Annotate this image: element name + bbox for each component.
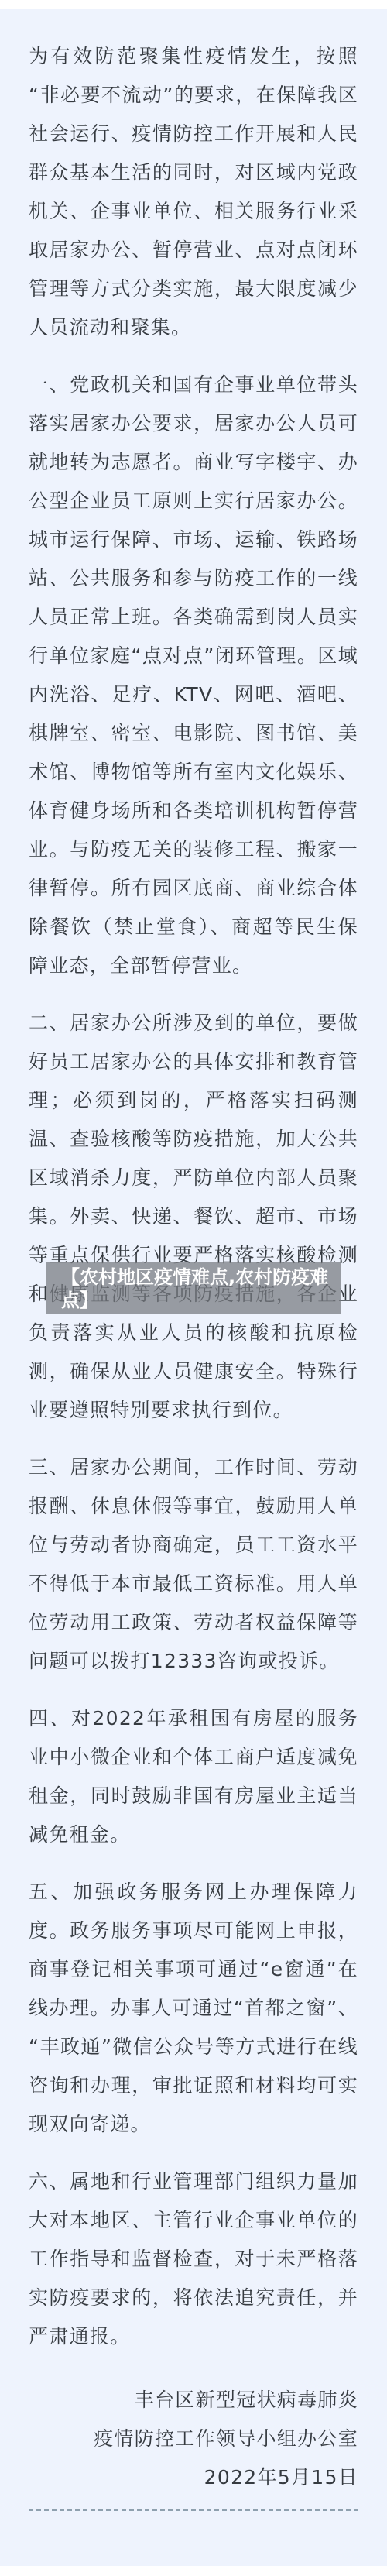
text-line: 报酬、休息休假等事宜，鼓励用人单 [29,1487,358,1526]
caption-overlay-text: 【农村地区疫情难点,农村防疫难点】 [61,1266,332,1312]
text-line: 集。外卖、快递、餐饮、超市、市场 [29,1197,358,1236]
text-line: 咨询和办理，审批证照和材料均可实 [29,2066,358,2105]
text-line: 业中小微企业和个体工商户适度减免 [29,1738,358,1777]
text-line: 三、居家办公期间，工作时间、劳动 [29,1448,358,1487]
signature-block: 丰台区新型冠状病毒肺炎 疫情防控工作领导小组办公室 2022年5月15日 [29,2381,358,2497]
text-line: 障业态，全部暂停营业。 [29,946,358,985]
paragraph-section-6: 六、属地和行业管理部门组织力量加 大对本地区、主管行业企事业单位的 工作指导和监… [29,2162,358,2356]
text-line: 人员正常上班。各类确需到岗人员实 [29,598,358,637]
signature-org-line-2: 疫情防控工作领导小组办公室 [29,2420,358,2458]
text-line: 区域消杀力度，严防单位内部人员聚 [29,1159,358,1197]
text-line: 大对本地区、主管行业企事业单位的 [29,2201,358,2240]
text-line: 业。与防疫无关的装修工程、搬家一 [29,830,358,869]
paragraph-section-4: 四、对2022年承租国有房屋的服务 业中小微企业和个体工商户适度减免 租金，同时… [29,1699,358,1854]
text-line: 律暂停。所有园区底商、商业综合体 [29,869,358,908]
paragraph-section-1: 一、党政机关和国有企事业单位带头 落实居家办公要求，居家办公人员可 就地转为志愿… [29,366,358,985]
text-line: 现双向寄递。 [29,2105,358,2144]
text-line: 五、加强政务服务网上办理保障力 [29,1873,358,1911]
text-line: 严肃通报。 [29,2317,358,2356]
text-line: 棋牌室、密室、电影院、图书馆、美 [29,714,358,753]
text-line: 四、对2022年承租国有房屋的服务 [29,1699,358,1738]
text-line: “非必要不流动”的要求，在保障我区 [29,76,358,115]
text-line: 落实居家办公要求，居家办公人员可 [29,404,358,443]
text-line: 业要遵照特别要求执行到位。 [29,1391,358,1430]
text-line: 负责落实从业人员的核酸和抗原检 [29,1314,358,1352]
paragraph-section-2: 二、居家办公所涉及到的单位，要做 好员工居家办公的具体安排和教育管 理；必须到岗… [29,1004,358,1430]
text-line: 公型企业员工原则上实行居家办公。 [29,482,358,520]
text-line: 管理等方式分类实施，最大限度减少 [29,270,358,308]
text-line: 实防疫要求的，将依法追究责任，并 [29,2279,358,2317]
text-line: 术馆、博物馆等所有室内文化娱乐、 [29,753,358,792]
text-line: 工作指导和监督检查，对于未严格落 [29,2240,358,2279]
text-line: 群众基本生活的同时，对区域内党政 [29,153,358,192]
text-line: 位与劳动者协商确定，员工工资水平 [29,1526,358,1564]
text-line: 城市运行保障、市场、运输、铁路场 [29,520,358,559]
text-line: 内洗浴、足疗、KTV、网吧、酒吧、 [29,675,358,714]
text-line: 好员工居家办公的具体安排和教育管 [29,1042,358,1081]
text-line: 不得低于本市最低工资标准。用人单 [29,1564,358,1603]
text-line: 租金，同时鼓励非国有房屋业主适当 [29,1777,358,1815]
text-line: 就地转为志愿者。商业写字楼宇、办 [29,443,358,482]
text-line: 位劳动用工政策、劳动者权益保障等 [29,1603,358,1642]
text-line: 六、属地和行业管理部门组织力量加 [29,2162,358,2201]
text-line: 为有效防范聚集性疫情发生，按照 [29,37,358,76]
paragraph-section-5: 五、加强政务服务网上办理保障力 度。政务服务事项尽可能网上申报， 商事登记相关事… [29,1873,358,2144]
text-line: 温、查验核酸等防疫措施，加大公共 [29,1120,358,1159]
text-line: 机关、企事业单位、相关服务行业采 [29,192,358,231]
text-line: 二、居家办公所涉及到的单位，要做 [29,1004,358,1042]
text-line: 减免租金。 [29,1815,358,1854]
text-line: 人员流动和聚集。 [29,308,358,347]
paragraph-section-3: 三、居家办公期间，工作时间、劳动 报酬、休息休假等事宜，鼓励用人单 位与劳动者协… [29,1448,358,1681]
text-line: 取居家办公、暂停营业、点对点闭环 [29,231,358,270]
text-line: 线办理。办事人可通过“首都之窗”、 [29,1989,358,2028]
text-line: 商事登记相关事项可通过“e窗通”在 [29,1950,358,1989]
signature-date: 2022年5月15日 [29,2458,358,2497]
dashed-divider [29,2509,358,2511]
signature-org-line-1: 丰台区新型冠状病毒肺炎 [29,2381,358,2420]
text-line: 除餐饮（禁止堂食）、商超等民生保 [29,908,358,946]
text-line: 站、公共服务和参与防疫工作的一线 [29,559,358,598]
caption-overlay: 【农村地区疫情难点,农村防疫难点】 [46,1262,341,1314]
text-line: 度。政务服务事项尽可能网上申报， [29,1911,358,1950]
text-line: 一、党政机关和国有企事业单位带头 [29,366,358,404]
text-line: 问题可以拨打12333咨询或投诉。 [29,1642,358,1681]
text-line: 社会运行、疫情防控工作开展和人民 [29,115,358,153]
text-line: 测，确保从业人员健康安全。特殊行 [29,1352,358,1391]
text-line: 体育健身场所和各类培训机构暂停营 [29,792,358,830]
paragraph-intro: 为有效防范聚集性疫情发生，按照 “非必要不流动”的要求，在保障我区 社会运行、疫… [29,37,358,347]
text-line: 理；必须到岗的，严格落实扫码测 [29,1081,358,1120]
text-line: 行单位家庭“点对点”闭环管理。区域 [29,637,358,675]
text-line: “丰政通”微信公众号等方式进行在线 [29,2028,358,2066]
